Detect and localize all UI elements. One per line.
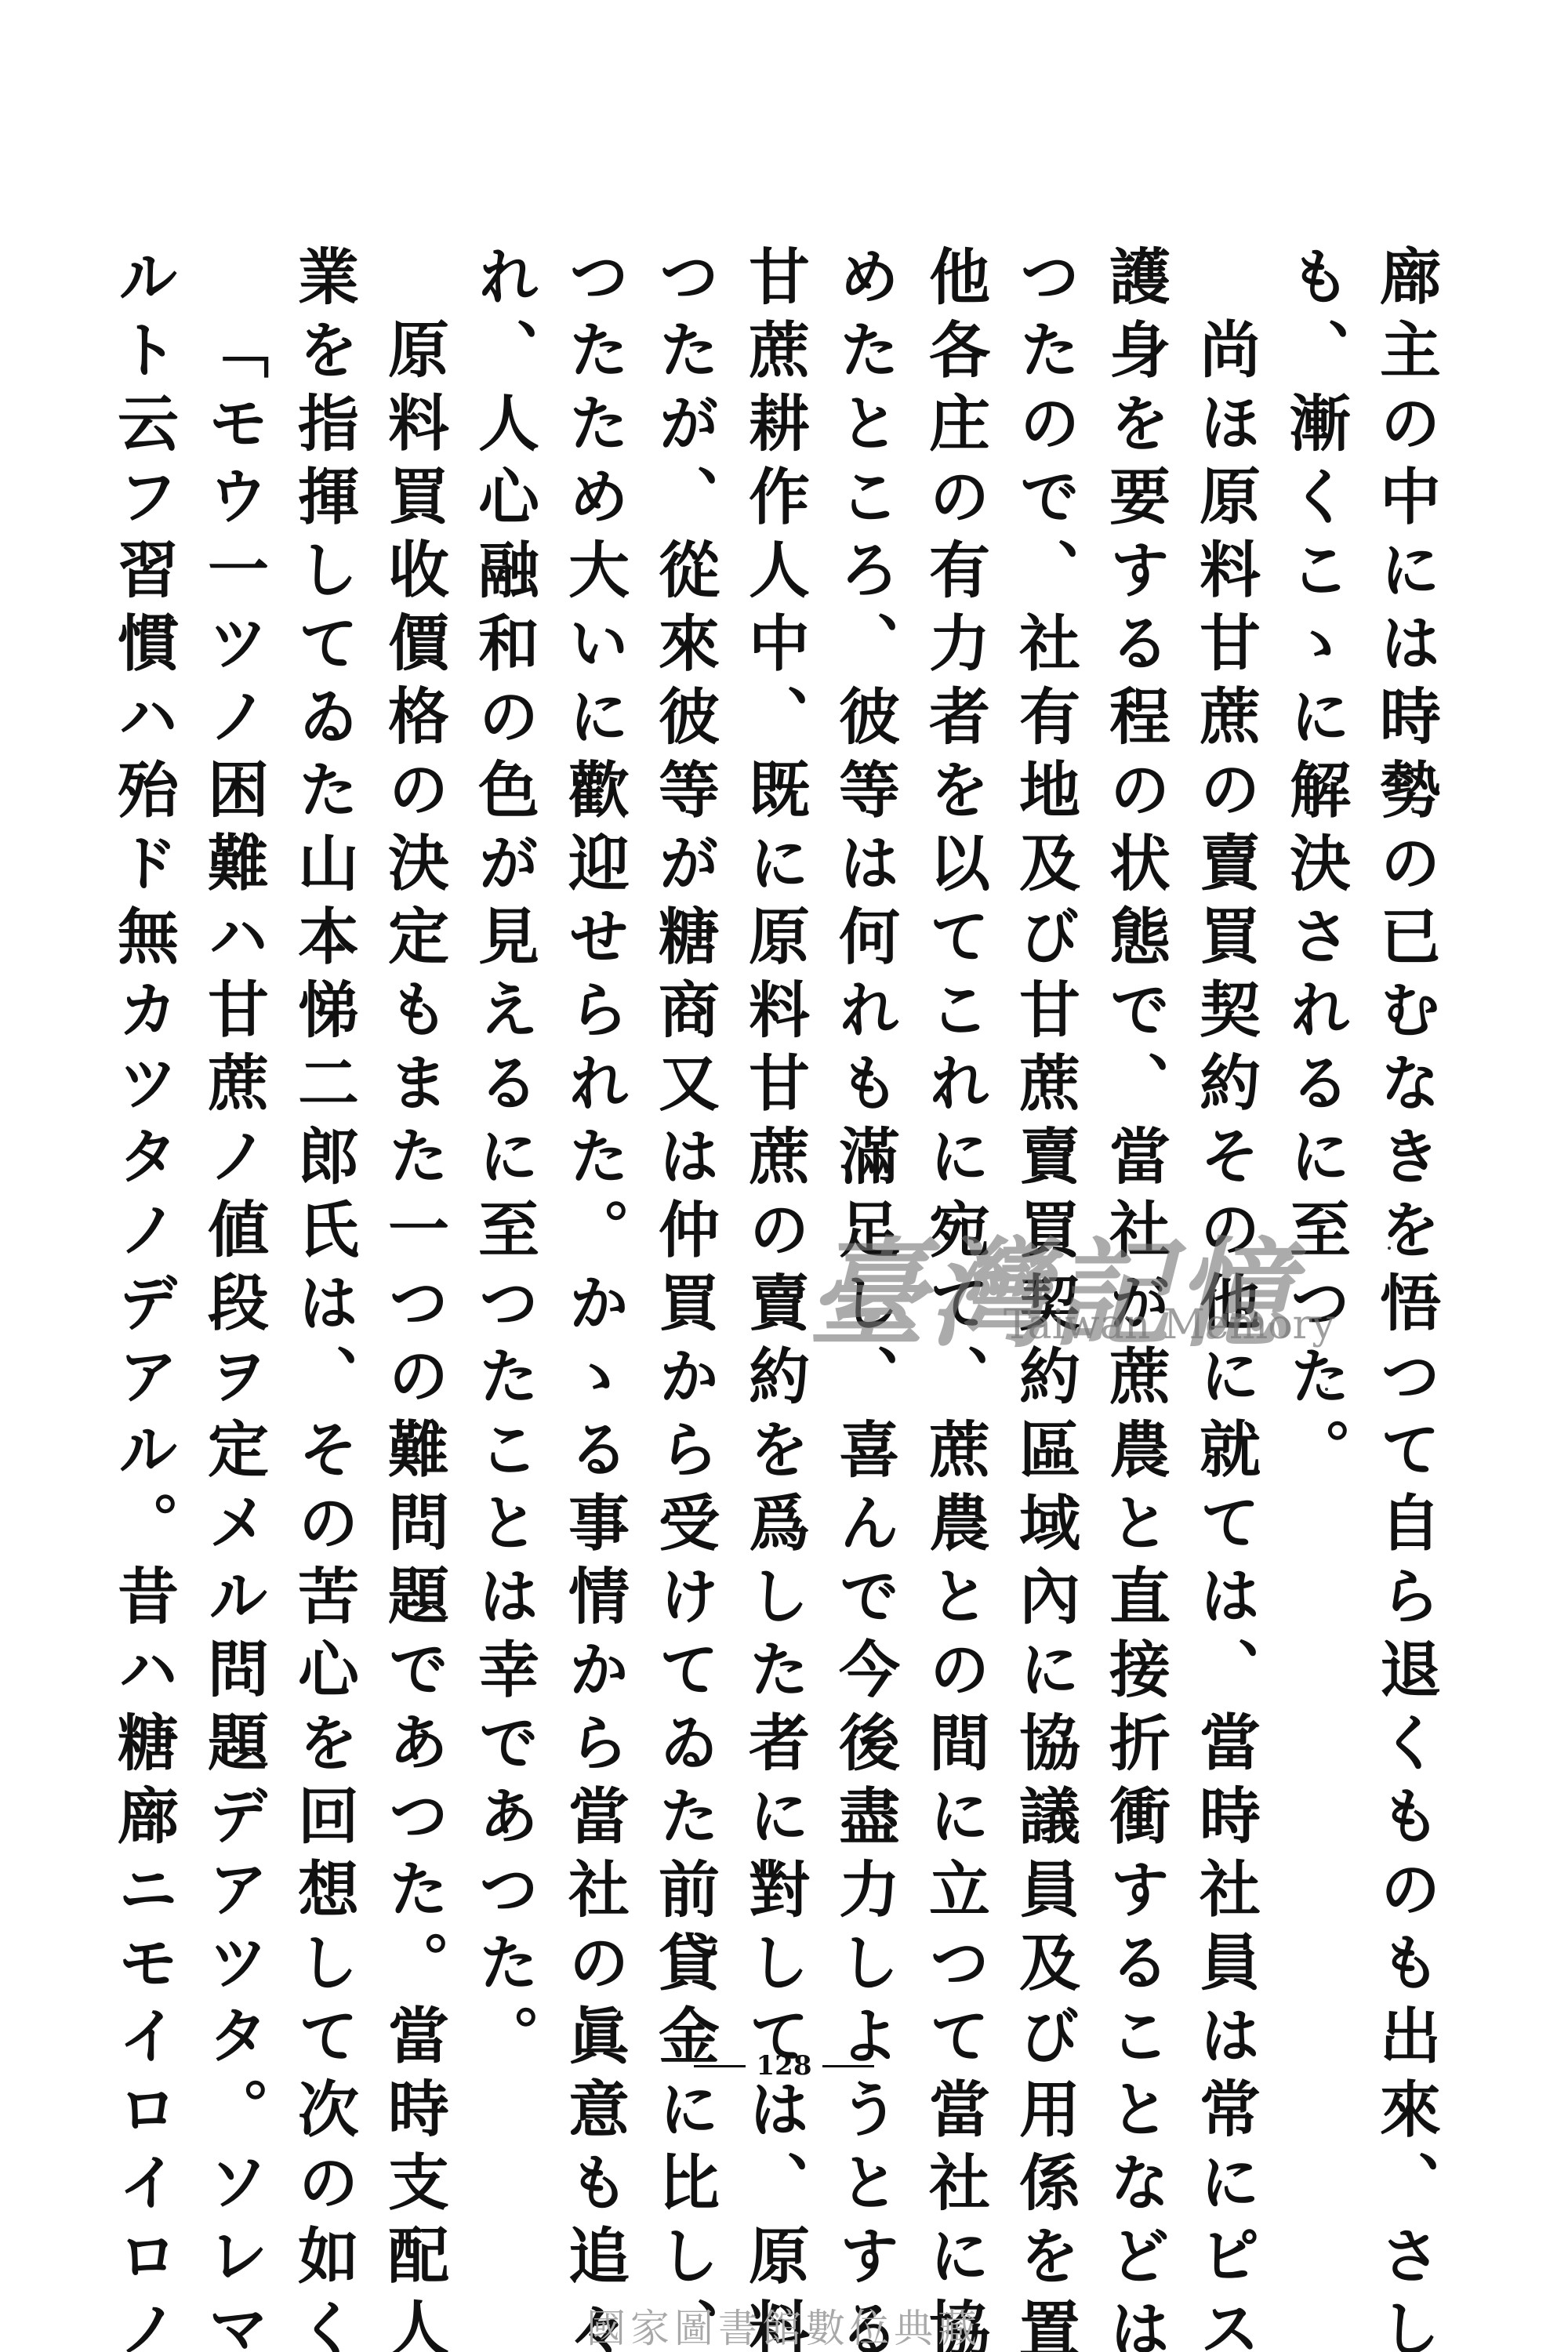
scan-speck <box>1388 1247 1391 1250</box>
page-number-value: 128 <box>757 2050 812 2082</box>
scan-speck <box>847 278 850 281</box>
text-column-2: も、漸くこゝに解決されるに至つた。 <box>1270 245 1360 2016</box>
text-column-4: 護身を要する程の状態で、當社が蔗農と直接折衝することなどは到底許されなか <box>1090 245 1180 2016</box>
text-column-9: つたが、從來彼等が糖商又は仲買から受けてゐた前貸金に比し、極めて低利であ <box>639 245 729 2016</box>
text-column-7: めたところ、彼等は何れも滿足し、喜んで今後盡力しようとするに至つた。また <box>819 245 909 2016</box>
text-column-15: ルト云フ習慣ハ殆ド無カツタノデアル。昔ハ糖廍ニモイロイロノ習慣ガアツタ <box>98 245 188 2016</box>
library-footer-watermark: 國家圖書館數位典藏 <box>0 2297 1568 2352</box>
text-column-3: 尚ほ原料甘蔗の賣買契約その他に就ては、當時社員は常にピストルを懷中して <box>1180 245 1270 2089</box>
page-number: 128 <box>0 2050 1568 2082</box>
text-column-11: れ、人心融和の色が見えるに至つたことは幸であつた。 <box>459 245 549 2016</box>
scan-speck <box>1325 1388 1328 1391</box>
scanned-book-page: 廍主の中には時勢の已むなきを悟つて自ら退くものも出來、さしもの對糖廍問題 も、漸… <box>0 0 1568 2352</box>
text-column-14: 「モウ一ツノ困難ハ甘蔗ノ値段ヲ定メル問題デアツタ。ソレマデ甘蔗ヲ買收ス <box>188 245 278 2089</box>
page-number-left-rule <box>694 2065 746 2067</box>
text-column-1: 廍主の中には時勢の已むなきを悟つて自ら退くものも出來、さしもの對糖廍問題 <box>1360 245 1450 2016</box>
text-column-5: つたので、社有地及び甘蔗賣買契約區域內に協議員及び用係を置き、各庄長その <box>1000 245 1090 2016</box>
text-column-10: つたため大いに歡迎せられた。かゝる事情から當社の眞意も追々一般に理解せら <box>549 245 639 2016</box>
text-column-8: 甘蔗耕作人中、既に原料甘蔗の賣約を爲した者に對しては、原料代金の前貸を行 <box>729 245 819 2016</box>
vertical-text-body: 廍主の中には時勢の已むなきを悟つて自ら退くものも出來、さしもの對糖廍問題 も、漸… <box>102 245 1450 2016</box>
text-column-6: 他各庄の有力者を以てこれに宛て、蔗農との間に立つて當社に協力せんことを求 <box>909 245 1000 2016</box>
text-column-13: 業を指揮してゐた山本悌二郎氏は、その苦心を回想して次の如く述べてゐる。 <box>278 245 368 2016</box>
text-column-12: 原料買收價格の決定もまた一つの難問題であつた。當時支配人として現地の作 <box>368 245 459 2089</box>
scan-speck <box>1411 808 1414 811</box>
page-number-right-rule <box>822 2065 874 2067</box>
